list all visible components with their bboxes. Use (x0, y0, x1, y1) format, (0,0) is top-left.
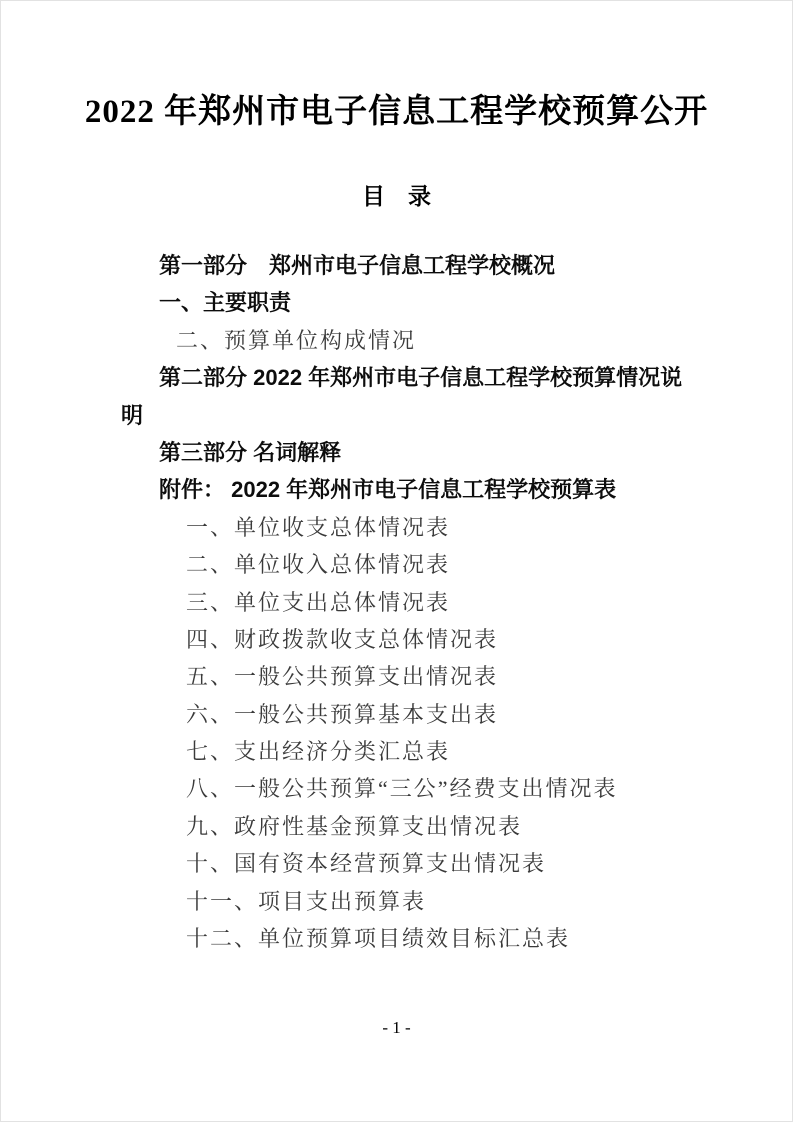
toc-line-table-12: 十二、单位预算项目绩效目标汇总表 (121, 920, 692, 957)
toc-line-table-5: 五、一般公共预算支出情况表 (121, 658, 692, 695)
toc-line-table-11: 十一、项目支出预算表 (121, 883, 692, 920)
toc-line-item-budget-units: 二、预算单位构成情况 (121, 322, 692, 359)
toc-line-table-4: 四、财政拨款收支总体情况表 (121, 621, 692, 658)
document-page: 2022 年郑州市电子信息工程学校预算公开 目 录 第一部分 郑州市电子信息工程… (0, 0, 793, 1122)
toc-line-part3: 第三部分 名词解释 (121, 434, 692, 471)
page-number: - 1 - (1, 1015, 792, 1041)
document-title: 2022 年郑州市电子信息工程学校预算公开 (1, 89, 792, 135)
toc-line-part1: 第一部分 郑州市电子信息工程学校概况 (121, 247, 692, 284)
toc-line-table-1: 一、单位收支总体情况表 (121, 509, 692, 546)
table-of-contents: 第一部分 郑州市电子信息工程学校概况 一、主要职责 二、预算单位构成情况 第二部… (121, 247, 692, 957)
toc-line-table-2: 二、单位收入总体情况表 (121, 546, 692, 583)
toc-line-table-9: 九、政府性基金预算支出情况表 (121, 808, 692, 845)
toc-line-table-6: 六、一般公共预算基本支出表 (121, 696, 692, 733)
toc-line-item-main-duties: 一、主要职责 (121, 284, 692, 321)
toc-line-table-8: 八、一般公共预算“三公”经费支出情况表 (121, 770, 692, 807)
toc-line-part2-wrap: 明 (121, 397, 692, 434)
toc-line-part2: 第二部分 2022 年郑州市电子信息工程学校预算情况说 (121, 359, 692, 396)
toc-line-attachment: 附件： 2022 年郑州市电子信息工程学校预算表 (121, 471, 692, 508)
toc-line-table-10: 十、国有资本经营预算支出情况表 (121, 845, 692, 882)
toc-line-table-7: 七、支出经济分类汇总表 (121, 733, 692, 770)
toc-heading: 目 录 (1, 180, 792, 212)
toc-line-table-3: 三、单位支出总体情况表 (121, 584, 692, 621)
